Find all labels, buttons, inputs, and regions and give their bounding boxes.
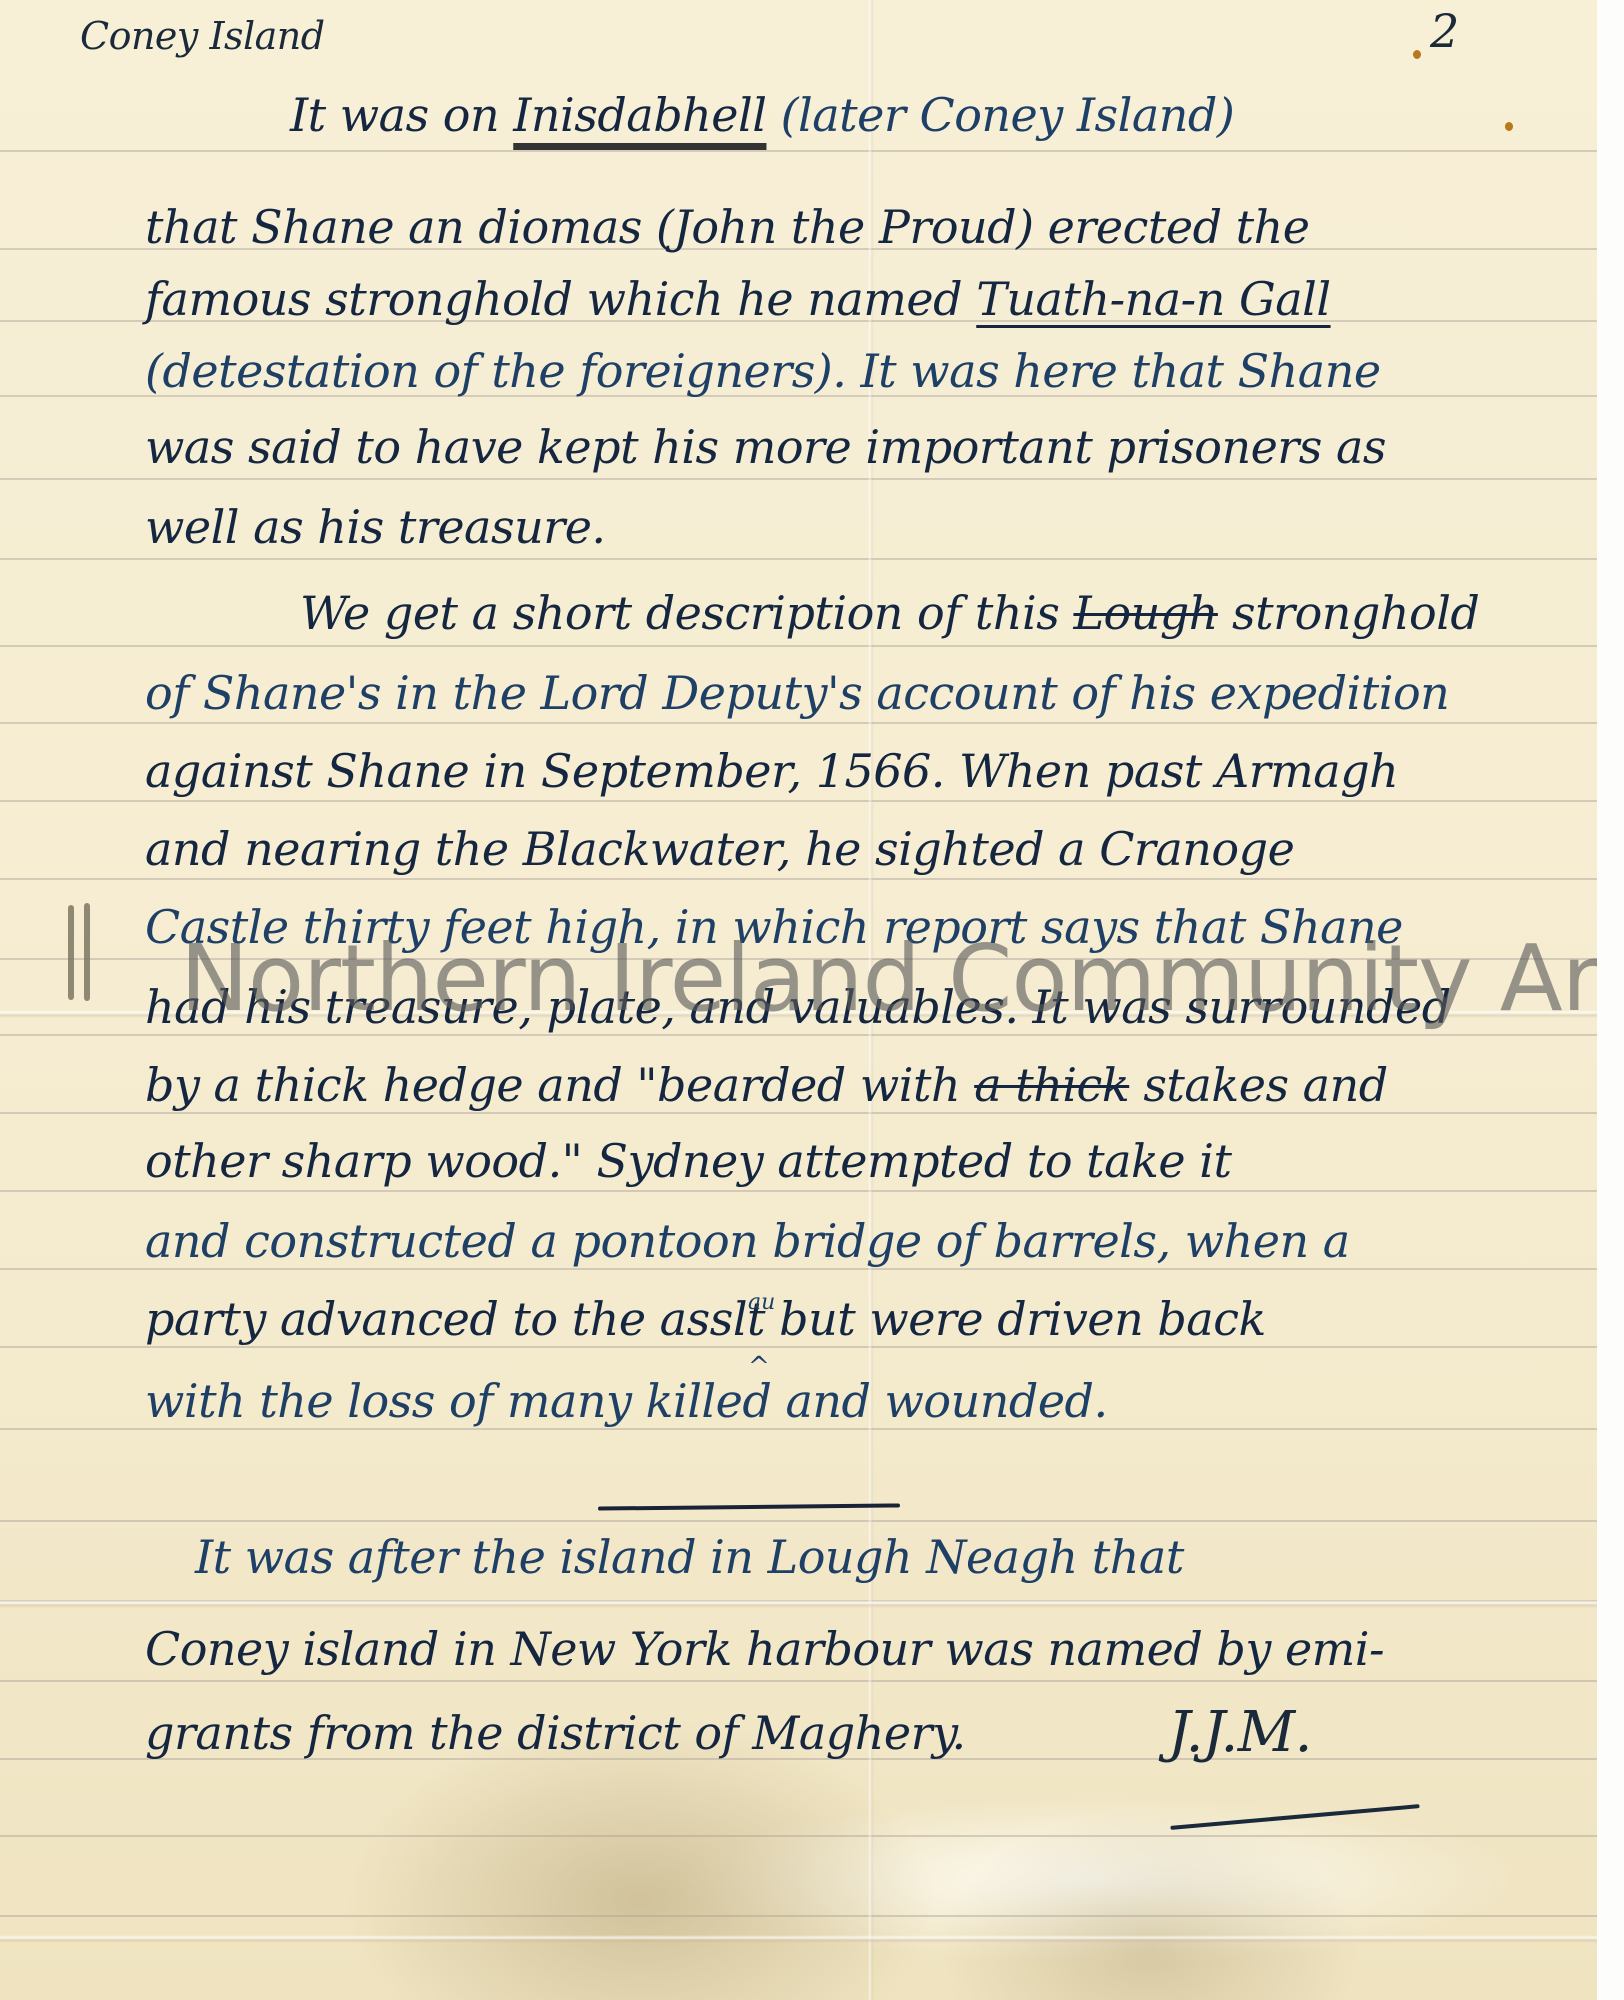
- ruled-line: [0, 1680, 1597, 1682]
- text-line: was said to have kept his more important…: [145, 420, 1386, 474]
- ruled-line: [0, 1835, 1597, 1837]
- archive-watermark: Northern Ireland Community Archive: [180, 925, 1597, 1032]
- ruled-line: [0, 1268, 1597, 1270]
- text-line: (detestation of the foreigners). It was …: [145, 344, 1381, 398]
- text-line: It was after the island in Lough Neagh t…: [195, 1530, 1184, 1584]
- text-line: of Shane's in the Lord Deputy's account …: [145, 666, 1449, 720]
- text-fragment: by a thick hedge and "bearded with: [145, 1058, 974, 1112]
- ruled-line: [0, 1034, 1597, 1036]
- ruled-line: [0, 1520, 1597, 1522]
- underlined-fort-name: Tuath-na-n Gall: [976, 272, 1330, 326]
- text-line: other sharp wood." Sydney attempted to t…: [145, 1134, 1231, 1188]
- paper-fold-horizontal: [0, 1600, 1597, 1608]
- inserted-letters: au: [748, 1290, 775, 1315]
- signature-underline: [1170, 1804, 1419, 1830]
- margin-pencil-mark: [84, 903, 90, 1001]
- text-fragment: party advanced to the ass: [145, 1292, 733, 1346]
- margin-pencil-mark: [68, 905, 74, 1000]
- text-line: Coney island in New York harbour was nam…: [145, 1622, 1384, 1676]
- struck-word: Lough: [1073, 586, 1217, 640]
- page-number: 2: [1430, 4, 1459, 58]
- text-line: that Shane an diomas (John the Proud) er…: [145, 200, 1309, 254]
- ruled-line: [0, 800, 1597, 802]
- ruled-line: [0, 558, 1597, 560]
- section-separator: [598, 1503, 900, 1510]
- ruled-line: [0, 1190, 1597, 1192]
- paper-fold-horizontal: [0, 1935, 1597, 1943]
- ruled-line: [0, 150, 1597, 152]
- text-line: well as his treasure.: [145, 500, 606, 554]
- rust-spot: [1505, 122, 1513, 131]
- rust-spot: [1413, 50, 1421, 59]
- struck-word: a thick: [974, 1058, 1129, 1112]
- text-fragment: We get a short description of this: [300, 586, 1073, 640]
- text-line: with the loss of many killed and wounded…: [145, 1374, 1108, 1428]
- text-line: It was on Inisdabhell (later Coney Islan…: [290, 88, 1234, 142]
- ruled-line: [0, 1915, 1597, 1917]
- text-line: We get a short description of this Lough…: [300, 586, 1479, 640]
- text-fragment: famous stronghold which he named: [145, 272, 976, 326]
- text-fragment: It was on: [290, 88, 513, 142]
- text-line: and constructed a pontoon bridge of barr…: [145, 1214, 1350, 1268]
- text-line: against Shane in September, 1566. When p…: [145, 744, 1398, 798]
- text-line: by a thick hedge and "bearded with a thi…: [145, 1058, 1388, 1112]
- text-line: grants from the district of Maghery.: [145, 1706, 966, 1760]
- ruled-line: [0, 1112, 1597, 1114]
- text-fragment: stakes and: [1129, 1058, 1387, 1112]
- ruled-line: [0, 1428, 1597, 1430]
- text-fragment: stronghold: [1218, 586, 1479, 640]
- text-fragment: lt but were driven back: [733, 1292, 1266, 1346]
- text-line: famous stronghold which he named Tuath-n…: [145, 272, 1331, 326]
- text-fragment: (later Coney Island): [766, 88, 1234, 142]
- letter-page: Coney Island 2 It was on Inisdabhell (la…: [0, 0, 1597, 2000]
- document-heading: Coney Island: [80, 14, 325, 58]
- ruled-line: [0, 645, 1597, 647]
- ruled-line: [0, 1346, 1597, 1348]
- underlined-place-name: Inisdabhell: [513, 88, 766, 142]
- ruled-line: [0, 878, 1597, 880]
- text-line: and nearing the Blackwater, he sighted a…: [145, 822, 1294, 876]
- signature-initials: J.J.M.: [1168, 1700, 1312, 1765]
- ruled-line: [0, 722, 1597, 724]
- ruled-line: [0, 478, 1597, 480]
- text-line: party advanced to the asslt but were dri…: [145, 1292, 1266, 1346]
